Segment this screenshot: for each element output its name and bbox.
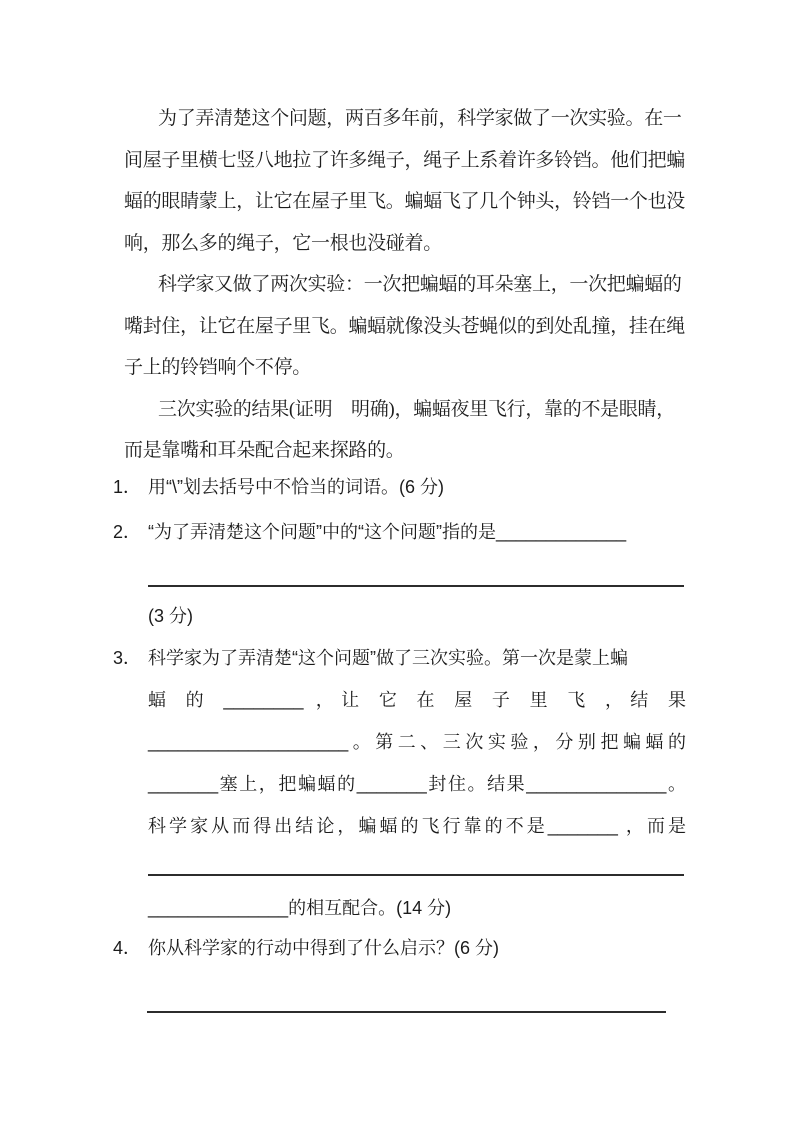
answer-blank-line (148, 858, 684, 876)
question-4-number: 4． (113, 927, 148, 969)
question-2: 2．“为了弄清楚这个问题”中的“这个问题”指的是_____________ (113, 511, 626, 553)
passage-line: 科学家又做了两次实验：一次把蝙蝠的耳朵塞上，一次把蝙蝠的 (124, 264, 696, 306)
question-1-text: 用“\”划去括号中不恰当的词语。(6 分) (148, 477, 444, 497)
question-3-line-4: _______塞上，把蝙蝠的_______封住。结果______________… (148, 763, 686, 805)
question-3-line-6: ______________的相互配合。(14 分) (148, 887, 451, 929)
question-1-number: 1． (113, 466, 148, 508)
question-1: 1．用“\”划去括号中不恰当的词语。(6 分) (113, 466, 444, 508)
question-3-line-2: 蝠 的 ________ ，让 它 在 屋 子 里 飞 ，结 果 (148, 679, 686, 721)
question-3-line-5: 科学家从而得出结论，蝙蝠的飞行靠的不是_______ ，而是 (148, 805, 686, 847)
worksheet-page: 为了弄清楚这个问题，两百多年前，科学家做了一次实验。在一 间屋子里横七竖八地拉了… (0, 0, 793, 1122)
question-4-text: 你从科学家的行动中得到了什么启示？(6 分) (148, 938, 499, 958)
passage-line: 子上的铃铛响个不停。 (124, 347, 696, 389)
reading-passage: 为了弄清楚这个问题，两百多年前，科学家做了一次实验。在一 间屋子里横七竖八地拉了… (124, 98, 696, 472)
question-2-text: “为了弄清楚这个问题”中的“这个问题”指的是_____________ (148, 522, 626, 542)
question-2-number: 2． (113, 511, 148, 553)
question-3: 3．科学家为了弄清楚“这个问题”做了三次实验。第一次是蒙上蝙 (113, 637, 628, 679)
passage-line: 蝠的眼睛蒙上，让它在屋子里飞。蝙蝠飞了几个钟头，铃铛一个也没 (124, 181, 696, 223)
passage-line: 嘴封住，让它在屋子里飞。蝙蝠就像没头苍蝇似的到处乱撞，挂在绳 (124, 306, 696, 348)
answer-blank-line (147, 995, 666, 1013)
passage-line: 间屋子里横七竖八地拉了许多绳子，绳子上系着许多铃铛。他们把蝙 (124, 140, 696, 182)
passage-line: 响，那么多的绳子，它一根也没碰着。 (124, 223, 696, 265)
question-3-number: 3． (113, 637, 148, 679)
question-4: 4．你从科学家的行动中得到了什么启示？(6 分) (113, 927, 499, 969)
passage-line: 三次实验的结果(证明 明确)，蝙蝠夜里飞行，靠的不是眼睛， (124, 389, 696, 431)
answer-blank-line (148, 569, 684, 587)
passage-line: 为了弄清楚这个问题，两百多年前，科学家做了一次实验。在一 (124, 98, 696, 140)
question-3-line-3: ____________________。第二、三次实验，分别把蝙蝠的 (148, 721, 686, 763)
question-2-score: (3 分) (148, 595, 193, 637)
question-3-line-1: 科学家为了弄清楚“这个问题”做了三次实验。第一次是蒙上蝙 (148, 648, 628, 668)
